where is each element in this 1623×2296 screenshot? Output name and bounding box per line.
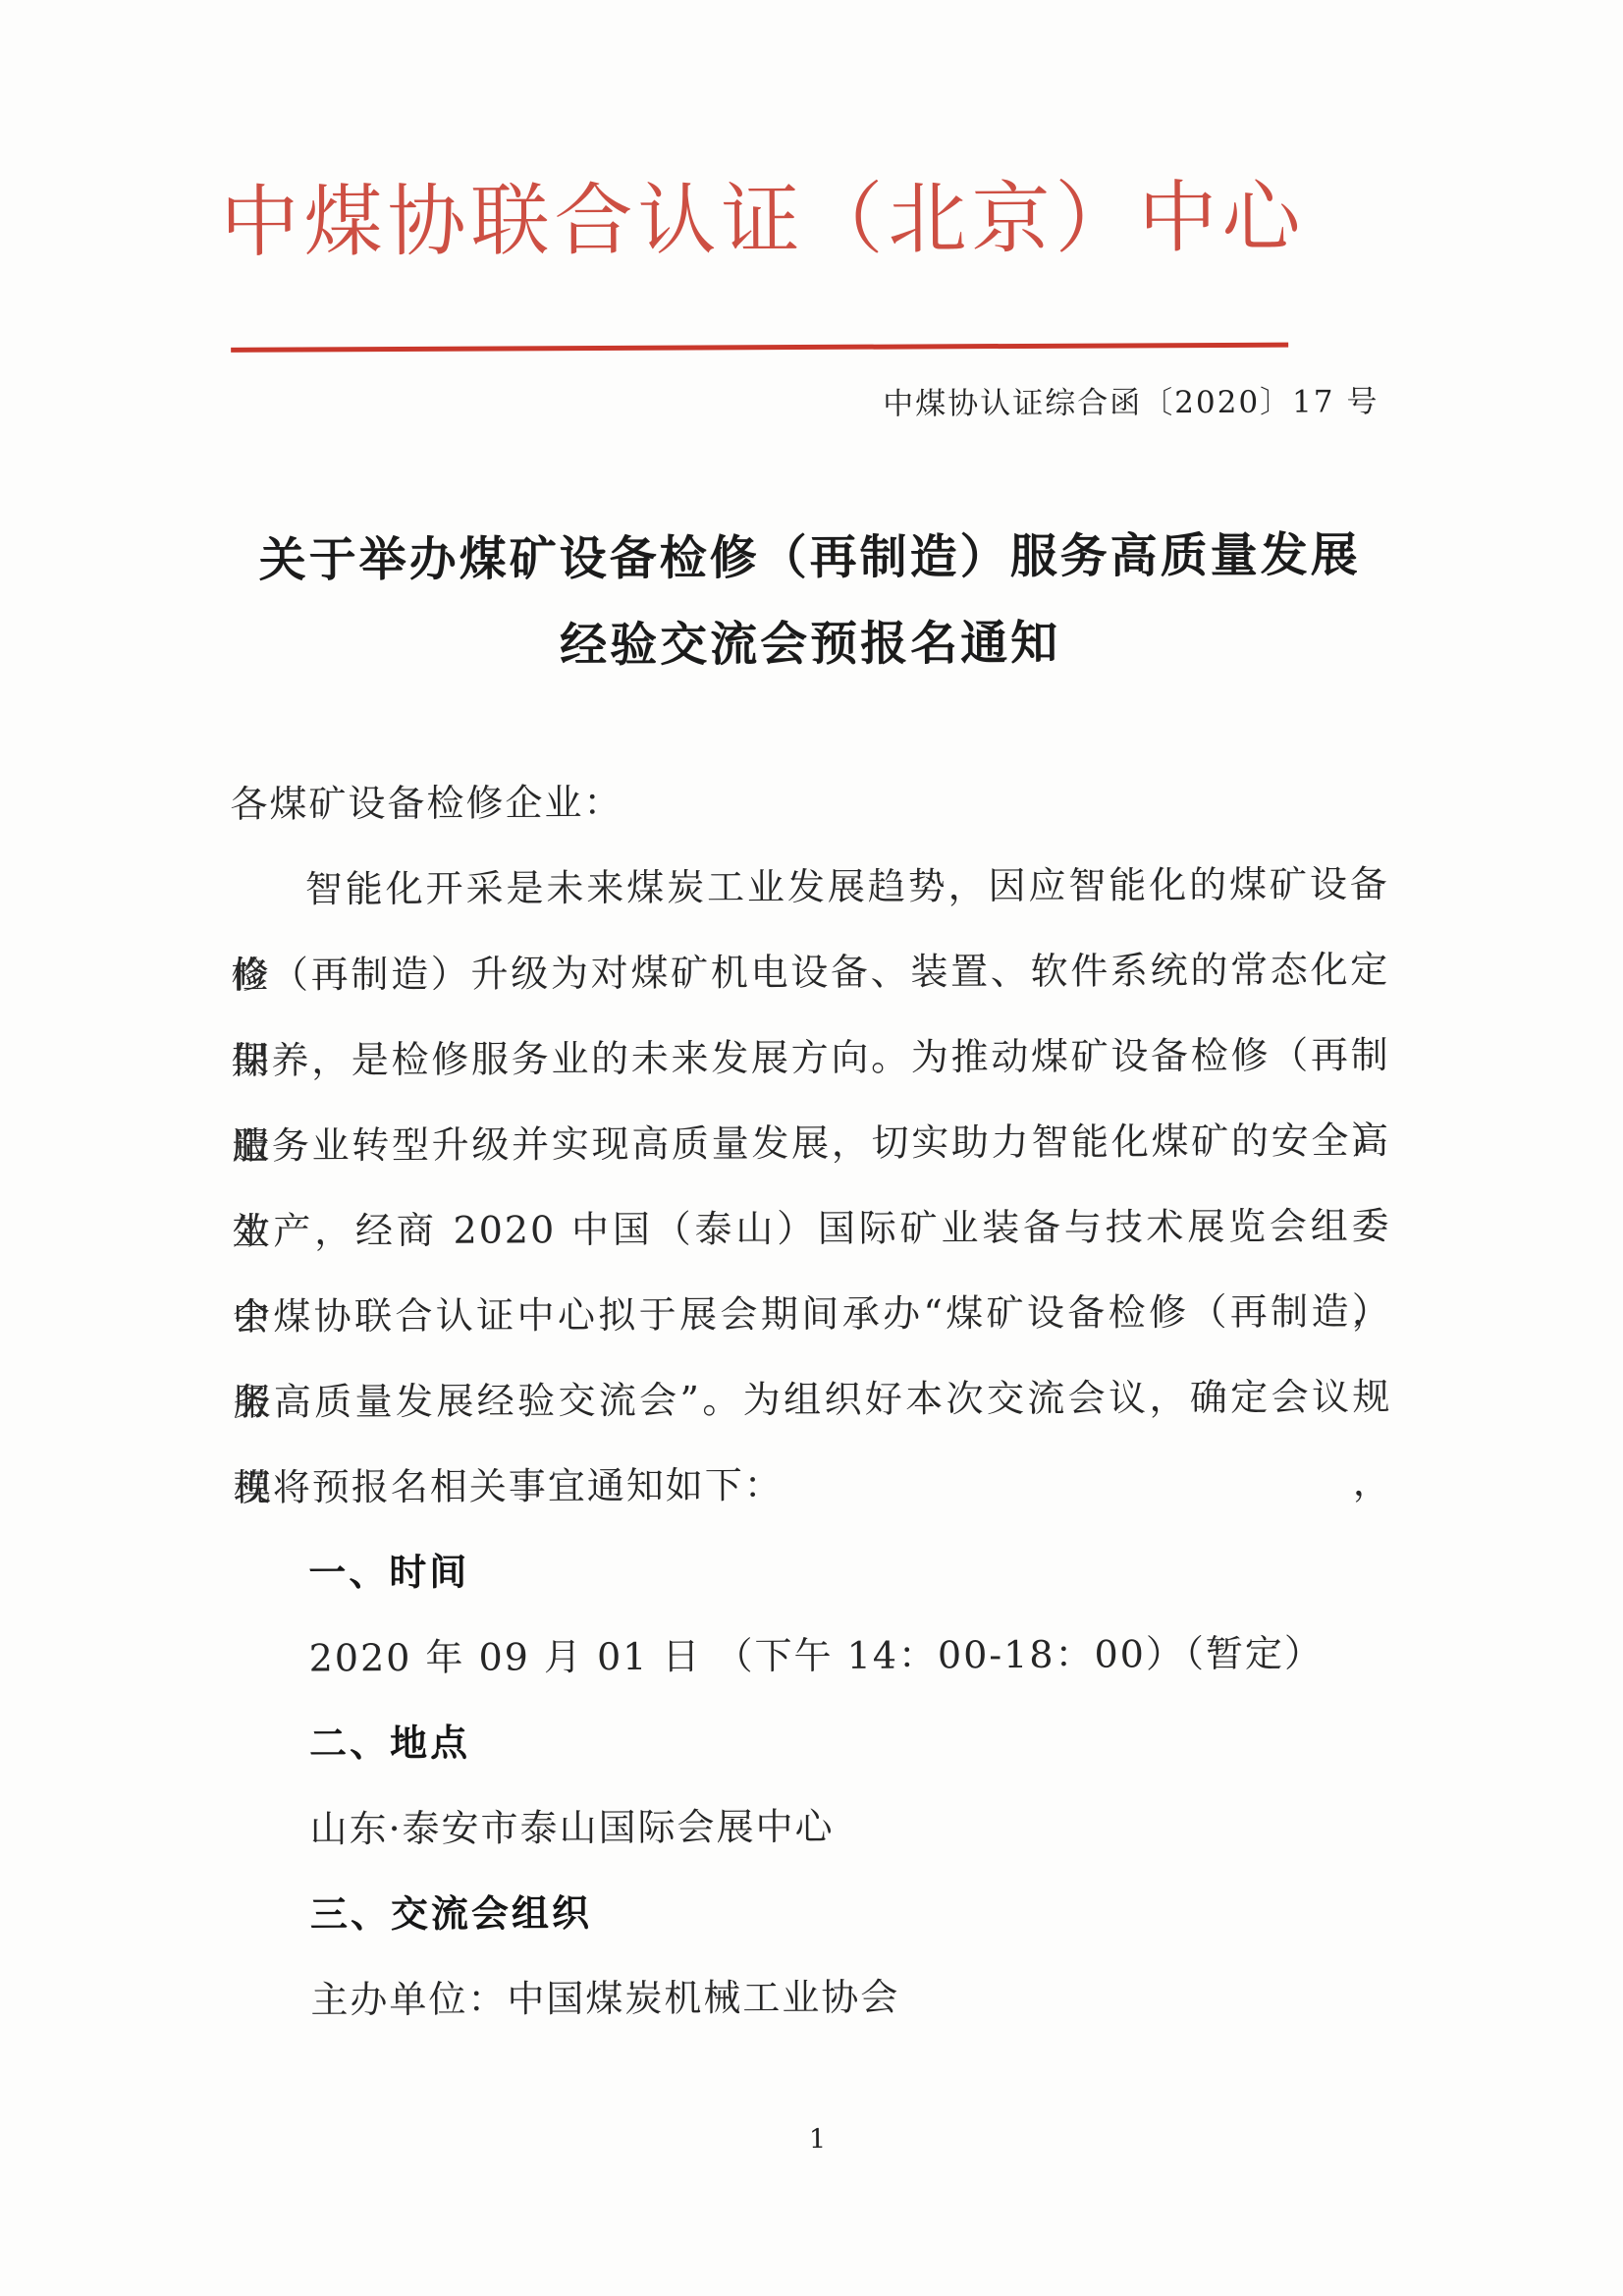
section-heading-organization: 三、交流会组织 <box>236 1867 1394 1958</box>
paragraph-line: 务高质量发展经验交流会”。为组织好本次交流会议，确定会议规模， <box>233 1354 1391 1446</box>
scan-content: 中煤协联合认证（北京）中心 中煤协认证综合函〔2020〕17 号 关于举办煤矿设… <box>0 0 1623 2296</box>
paragraph-line: 服务业转型升级并实现高质量发展，切实助力智能化煤矿的安全高效 <box>232 1098 1390 1189</box>
salutation: 各煤矿设备检修企业： <box>230 756 1388 847</box>
letterhead-org-name: 中煤协联合认证（北京）中心 <box>220 165 1301 276</box>
letterhead-divider-rule <box>231 343 1288 353</box>
notice-body: 各煤矿设备检修企业： 智能化开采是未来煤炭工业发展趋势，因应智能化的煤矿设备检 … <box>230 756 1394 2044</box>
section-text-time: 2020 年 09 月 01 日 （下午 14：00-18：00）（暂定） <box>234 1611 1392 1702</box>
notice-title-line1: 关于举办煤矿设备检修（再制造）服务高质量发展 <box>175 512 1444 604</box>
section-heading-location: 二、地点 <box>235 1696 1393 1787</box>
section-text-organization: 主办单位：中国煤炭机械工业协会 <box>236 1952 1394 2044</box>
notice-title: 关于举办煤矿设备检修（再制造）服务高质量发展 经验交流会预报名通知 <box>175 512 1445 690</box>
section-heading-time: 一、时间 <box>234 1525 1392 1616</box>
page-number: 1 <box>6 2120 1623 2159</box>
paragraph-line: 智能化开采是未来煤炭工业发展趋势，因应智能化的煤矿设备检 <box>231 842 1389 933</box>
scanned-notice-page: 中煤协联合认证（北京）中心 中煤协认证综合函〔2020〕17 号 关于举办煤矿设… <box>0 0 1623 2296</box>
paragraph-line: 中煤协联合认证中心拟于展会期间承办“煤矿设备检修（再制造）服 <box>233 1269 1391 1360</box>
paragraph-line: 修（再制造）升级为对煤矿机电设备、装置、软件系统的常态化定期 <box>231 927 1389 1018</box>
section-text-location: 山东·泰安市泰山国际会展中心 <box>235 1781 1393 1873</box>
paragraph-line: 生产，经商 2020 中国（泰山）国际矿业装备与技术展览会组委会， <box>232 1183 1390 1275</box>
document-reference-number: 中煤协认证综合函〔2020〕17 号 <box>228 376 1379 426</box>
notice-title-line2: 经验交流会预报名通知 <box>175 598 1444 690</box>
paragraph-line: 保养，是检修服务业的未来发展方向。为推动煤矿设备检修（再制造） <box>231 1012 1389 1104</box>
